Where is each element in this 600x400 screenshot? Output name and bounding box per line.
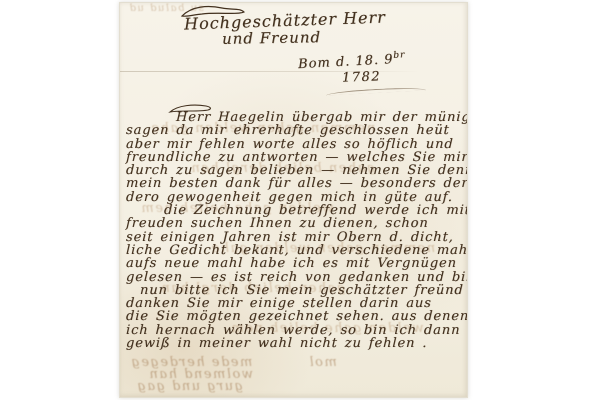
body-line: die Sie mögten gezeichnet sehen. aus den… [126,310,464,323]
letter-body: Herr Haegelin übergab mir der münig sage… [126,111,464,350]
bleed-through-bottom-line: gurg und gag [136,379,244,394]
body-line: aufs neue mahl habe ich es mit Vergnügen [126,257,464,270]
body-line: aber mir fehlen worte alles so höflich u… [126,138,464,151]
dateline-month-superscript: br [393,50,406,61]
dateline-year: 1782 [342,69,382,85]
body-line: freuden suchen Ihnen zu dienen, schon [126,217,464,230]
bleed-through-bottom-mark: mol [308,355,338,370]
scan-canvas: { "document": { "description": "Scanned … [0,0,600,400]
body-line: gelesen — es ist reich von gedanken und … [126,271,464,284]
salutation-line-2: und Freund [222,28,321,48]
dateline-place-day: Bom d. 18. 9br [298,50,406,72]
body-line: gewiß in meiner wahl nicht zu fehlen . [126,337,464,350]
body-line: seit einigen Jahren ist mir Obern d. dic… [126,231,464,244]
date-underline-flourish [326,86,426,95]
body-line: sagen da mir ehrerhafte geschlossen heüt [126,124,464,137]
letter-paper: su balud ud nemmen gahen welden gahe gah… [119,2,468,398]
body-line: mein besten dank für alles — besonders d… [126,177,464,190]
